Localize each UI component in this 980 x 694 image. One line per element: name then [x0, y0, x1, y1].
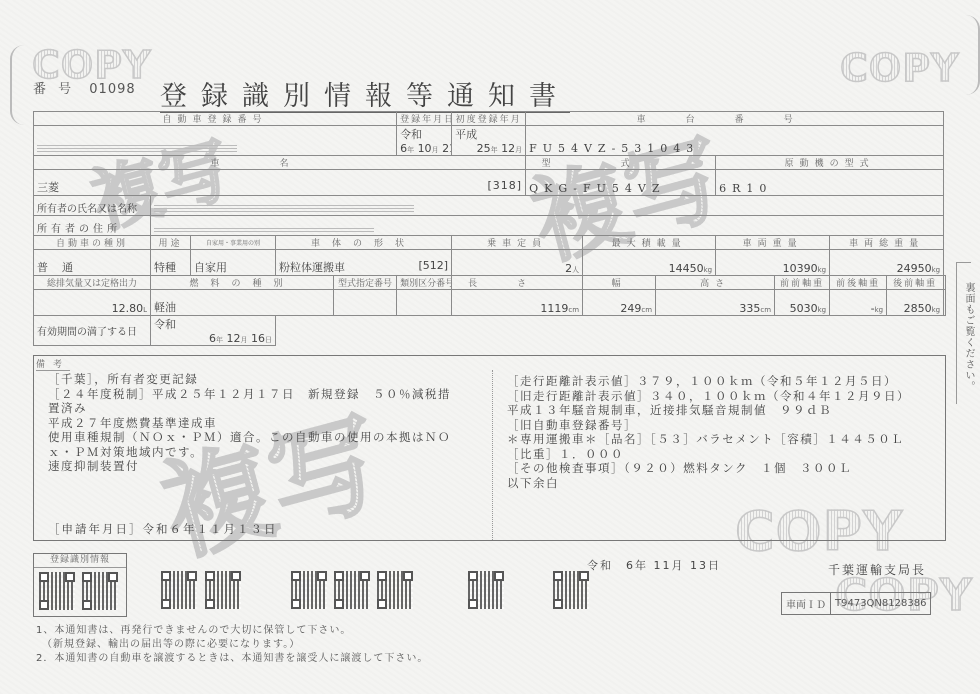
footer-notes: 1、本通知書は、再発行できませんので大切に保管して下さい。 （新規登録、輸出の届… [36, 624, 428, 666]
vehicle-weight-header: 車両重量 [716, 236, 830, 250]
registration-date-era: 令和 [400, 126, 448, 142]
qr-code-icon [39, 572, 75, 610]
rear-front-axle-header: 後前軸重 [887, 276, 944, 290]
front-front-axle-header: 前前軸重 [775, 276, 830, 290]
application-date: ［申請年月日］令和６年１１月１３日 [48, 521, 278, 537]
remarks-line: 平成１３年騒音規制車，近接排気騒音規制値 ９９ｄＢ [507, 403, 910, 418]
remarks-divider [492, 370, 493, 540]
qr-code-icon [291, 571, 327, 609]
registration-notice-document: COPY COPY COPY COPY 複写 複写 複写 番 号 01098 登… [0, 0, 980, 694]
first-registration-header: 初度登録年月 [452, 112, 526, 126]
owner-address-value [151, 216, 944, 236]
remarks-left-column: ［千葉］，所有者変更記録［２４年度税制］平成２５年１２月１７日 新規登録 ５０％… [48, 372, 451, 474]
qr-code-icon [161, 571, 197, 609]
vehicle-id-label: 車両ＩＤ [782, 593, 831, 615]
registration-date-header: 登録年月日 [397, 112, 452, 126]
front-rear-axle-value: -kg [830, 290, 887, 316]
remarks-line: ｘ・ＰＭ対策地域内です。 [48, 445, 451, 460]
front-front-axle-value: 5030kg [775, 290, 830, 316]
length-value: 1119cm [452, 290, 583, 316]
category-number-value [397, 290, 452, 316]
owner-address-label: 所有者の住所 [34, 216, 151, 236]
model-header: 型式 [526, 156, 716, 170]
redacted-owner-address [154, 227, 374, 232]
copy-watermark: COPY [840, 46, 960, 90]
owner-name-value [151, 196, 944, 216]
expiry-date-cell: 令和 6年 12月 16日 [151, 316, 276, 346]
private-commercial-value: 自家用 [191, 250, 276, 276]
chassis-number-header: 車台番号 [526, 112, 944, 126]
side-note-text: 裏面もご覧ください。 [961, 282, 976, 392]
capacity-value: 2人 [452, 250, 583, 276]
qr-code-icon [377, 571, 413, 609]
document-number: 番 号 01098 [33, 78, 136, 97]
car-name-value: 三菱 [37, 181, 59, 194]
fuel-header: 燃料の種別 [151, 276, 334, 290]
width-value: 249cm [583, 290, 656, 316]
front-rear-axle-header: 前後軸重 [830, 276, 887, 290]
remarks-line: ［旧走行距離計表示値］３４０，１００ｋｍ（令和４年１２月９日） [507, 389, 910, 404]
remarks-line: 平成２７年度燃費基準達成車 [48, 416, 451, 431]
owner-name-label: 所有者の氏名又は名称 [34, 196, 151, 216]
length-header: 長さ [452, 276, 583, 290]
max-load-value: 14450kg [583, 250, 716, 276]
use-value: 特種 [151, 250, 191, 276]
document-title: 登録識別情報等通知書 [160, 82, 570, 113]
document-number-value: 01098 [89, 82, 135, 97]
type-designation-header: 型式指定番号 [334, 276, 397, 290]
type-designation-value [334, 290, 397, 316]
footer-note-line: （新規登録、輸出の届出等の際に必要になります。） [36, 638, 428, 652]
qr-code-icon [82, 572, 118, 610]
category-number-header: 類別区分番号 [397, 276, 452, 290]
qr-code-icon [334, 571, 370, 609]
remarks-line: 置済み [48, 401, 451, 416]
side-note: 裏面もご覧ください。 [956, 262, 977, 404]
remarks-line: ［旧自動車登録番号］ [507, 418, 910, 433]
registration-table: 自動車登録番号 登録年月日 初度登録年月 車台番号 令和 6年 10月 21日 … [33, 111, 946, 346]
remarks-line: 使用車種規制（ＮＯｘ・ＰＭ）適合。この自動車の使用の本拠はＮＯ [48, 430, 451, 445]
remarks-label: 備考 [36, 357, 70, 371]
use-header: 用途 [151, 236, 191, 250]
body-shape-header: 車体の形状 [276, 236, 452, 250]
issue-date: 令和 6年 11月 13日 [587, 557, 721, 573]
expiry-era: 令和 [154, 316, 272, 332]
expiry-label: 有効期間の満了する日 [34, 316, 151, 346]
remarks-line: ［その他検査事項］（９２０）燃料タンク １個 ３００Ｌ [507, 461, 910, 476]
rear-front-axle-value: 2850kg [887, 290, 944, 316]
car-name-header: 車名 [34, 156, 526, 170]
registration-qr-box: 登録識別情報 [33, 553, 127, 617]
vehicle-weight-value: 10390kg [716, 250, 830, 276]
remarks-line: ［比重］１．０００ [507, 447, 910, 462]
chassis-number-value: FU54VZ-531043 [526, 126, 944, 156]
displacement-value: 12.80L [34, 290, 151, 316]
remarks-line: 以下余白 [507, 476, 910, 491]
gross-weight-value: 24950kg [830, 250, 944, 276]
footer-note-line: 1、本通知書は、再発行できませんので大切に保管して下さい。 [36, 624, 428, 638]
remarks-section: 備考 ［千葉］，所有者変更記録［２４年度税制］平成２５年１２月１７日 新規登録 … [33, 355, 946, 541]
first-registration-cell: 平成 25年 12月 [452, 126, 526, 156]
width-header: 幅 [583, 276, 656, 290]
vehicle-type-value: 普通 [34, 250, 151, 276]
registration-number-header: 自動車登録番号 [34, 112, 397, 126]
remarks-line: ［千葉］，所有者変更記録 [48, 372, 451, 387]
rear-rear-axle-value: 2510kg [944, 290, 946, 316]
private-commercial-header: 自家用・事業用の別 [191, 236, 276, 250]
engine-model-value: 6R10 [716, 170, 944, 196]
max-load-header: 最大積載量 [583, 236, 716, 250]
document-number-label: 番 号 [33, 82, 75, 97]
vehicle-id-box: 車両ＩＤ T9473QN8128386 [781, 592, 931, 615]
gross-weight-header: 車両総重量 [830, 236, 944, 250]
remarks-right-column: ［走行距離計表示値］３７９，１００ｋｍ（令和５年１２月５日）［旧走行距離計表示値… [507, 374, 910, 490]
height-value: 335cm [656, 290, 775, 316]
qr-code-icon [468, 571, 504, 609]
vehicle-type-header: 自動車の種別 [34, 236, 151, 250]
vehicle-id-value: T9473QN8128386 [831, 593, 931, 615]
expiry-blank [276, 316, 944, 346]
body-shape-cell: 粉粒体運搬車 [512] [276, 250, 452, 276]
qr-code-icon [553, 571, 589, 609]
capacity-header: 乗車定員 [452, 236, 583, 250]
footer-note-line: 2．本通知書の自動車を譲渡するときは、本通知書を譲受人に譲渡して下さい。 [36, 652, 428, 666]
displacement-header: 総排気量又は定格出力 [34, 276, 151, 290]
qr-box-label: 登録識別情報 [34, 554, 126, 568]
registration-date-cell: 令和 6年 10月 21日 [397, 126, 452, 156]
first-registration-era: 平成 [455, 126, 522, 142]
issuing-authority: 千葉運輸支局長 [828, 561, 926, 578]
car-name-code: [318] [487, 179, 522, 192]
body-shape-value: 粉粒体運搬車 [279, 261, 345, 274]
redacted-registration-number [37, 144, 237, 152]
rear-rear-axle-header: 後後軸重 [944, 276, 946, 290]
height-header: 高さ [656, 276, 775, 290]
remarks-line: ［２４年度税制］平成２５年１２月１７日 新規登録 ５０％減税措 [48, 387, 451, 402]
car-name-cell: 三菱 [318] [34, 170, 526, 196]
registration-number-cell [34, 126, 397, 156]
fuel-value: 軽油 [151, 290, 334, 316]
remarks-line: 速度抑制装置付 [48, 459, 451, 474]
engine-model-header: 原動機の型式 [716, 156, 944, 170]
body-shape-code: [512] [418, 259, 448, 272]
model-value: QKG-FU54VZ [526, 170, 716, 196]
remarks-line: ［走行距離計表示値］３７９，１００ｋｍ（令和５年１２月５日） [507, 374, 910, 389]
qr-code-icon [205, 571, 241, 609]
remarks-line: ＊専用運搬車＊［品名］［５３］バラセメント［容積］１４４５０Ｌ [507, 432, 910, 447]
redacted-owner-name [154, 204, 414, 212]
